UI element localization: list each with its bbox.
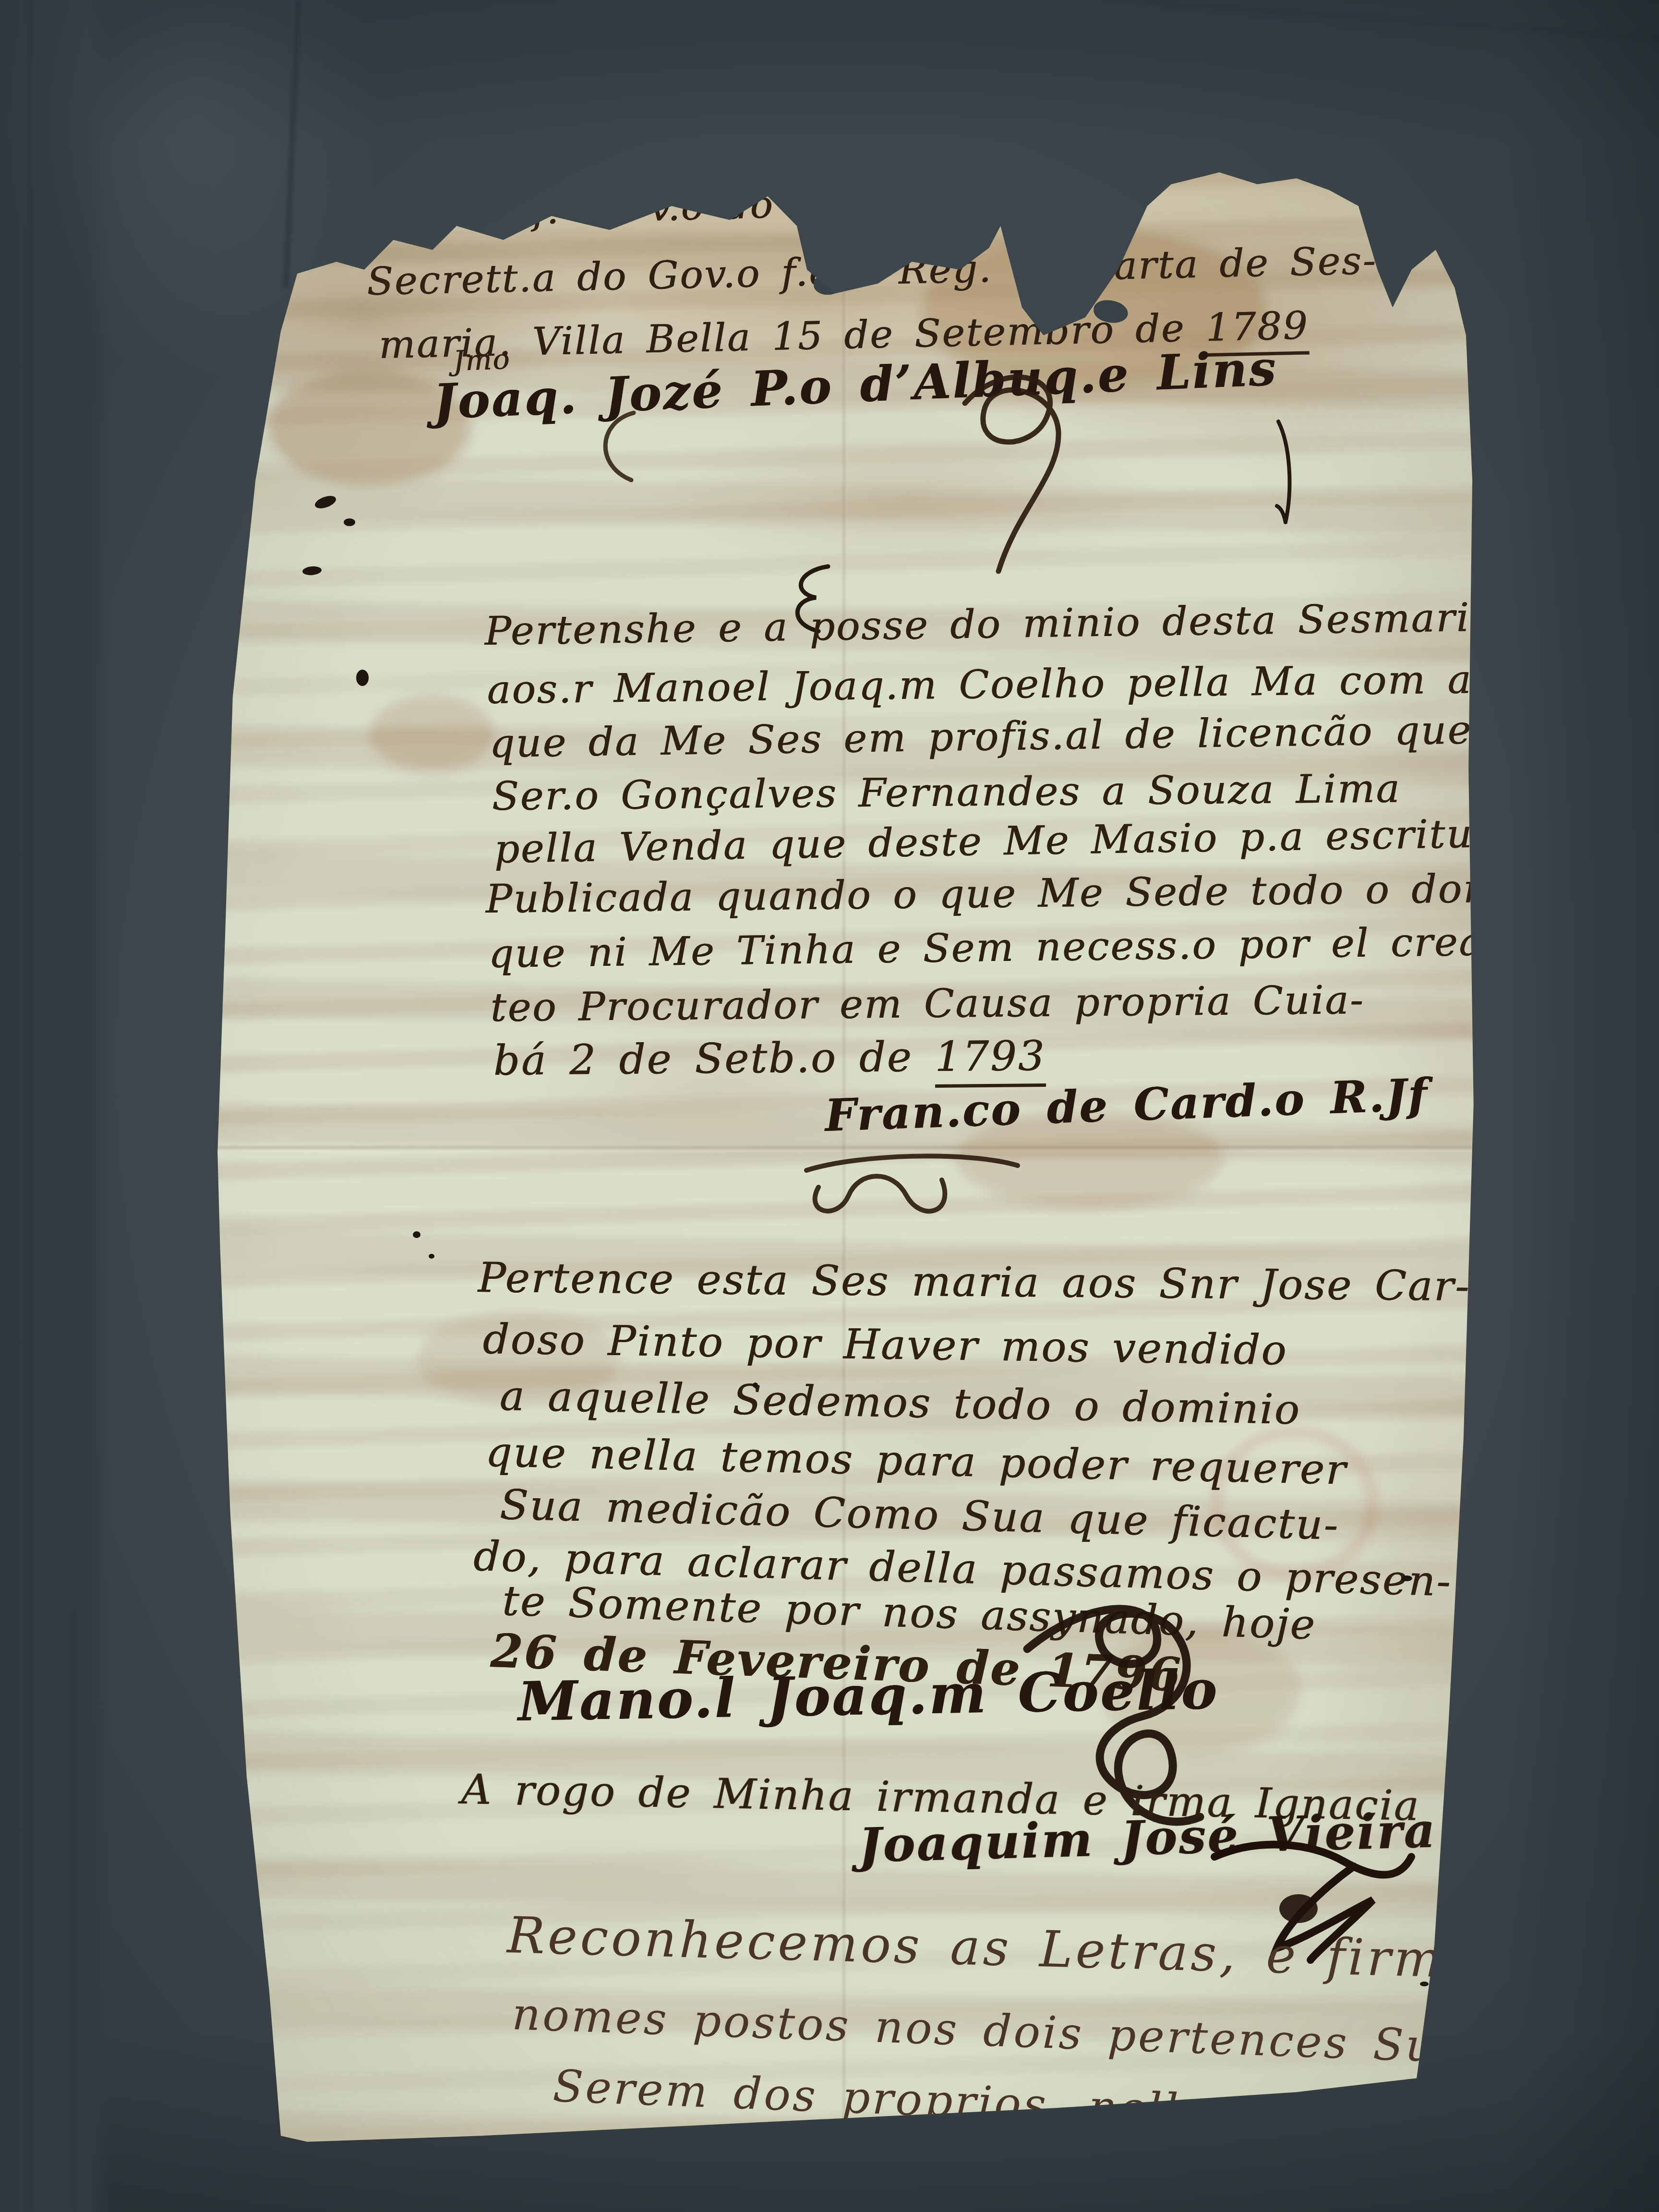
ink-speck	[356, 670, 369, 686]
pen-curl-mark	[593, 403, 641, 485]
ink-speck	[413, 1231, 421, 1238]
entry1793-line: pella Venda que deste Me Masio p.a escri…	[494, 811, 1519, 872]
backdrop-crease	[284, 0, 301, 288]
attestation-line: nomes postos nos dois pertences Supra ..	[511, 1988, 1576, 2077]
entry1793-year: 1793	[935, 1032, 1046, 1088]
entry1793-line: que da Me Ses em profis.al de licencão q…	[489, 706, 1556, 767]
backdrop-crease	[72, 1608, 75, 2212]
signature-flourish	[797, 1142, 1027, 1238]
ink-speck	[302, 565, 322, 576]
entry1793-line: Ser.o Gonçalves Fernandes a Souza Lima	[492, 766, 1401, 819]
entry1796-line: a aquelle Sedemos todo o dominio	[499, 1372, 1301, 1434]
backdrop-crease	[29, 0, 32, 2212]
entry1793-line: que ni Me Tinha e Sem necess.o por el cr…	[488, 919, 1526, 977]
entry1793-line: Pertenshe e a posse do minio desta Sesma…	[484, 595, 1495, 654]
ink-speck	[1420, 1982, 1429, 1986]
entry1793-date-line: bá 2 de Setb.o de 1793	[493, 1032, 1046, 1085]
manuscript-sheet: Regd. a f. 70 v.o do L. 3. que se … Secr…	[211, 158, 1476, 2146]
backdrop-crease	[1143, 1, 1659, 41]
entry1793-date-text: bá 2 de Setb.o de	[493, 1033, 935, 1085]
entry1793-line: aos.r Manoel Joaq.m Coelho pella Ma com …	[487, 656, 1600, 713]
ink-stroke-mark	[1271, 417, 1300, 527]
ink-speck	[313, 493, 338, 511]
entry1796-line: Pertence esta Ses maria aos Snr Jose Car…	[478, 1254, 1470, 1310]
ink-speck	[753, 1382, 758, 1388]
ink-speck	[429, 1254, 434, 1259]
entry1793-line: teo Procurador em Causa propria Cuia-	[490, 977, 1364, 1031]
signature-flourish	[936, 365, 1080, 581]
stain-blotch	[370, 696, 494, 773]
entry1793-line: Publicada quando o que Me Sede todo o do…	[485, 865, 1582, 922]
ink-speck	[344, 518, 355, 526]
ink-speck	[1402, 1575, 1412, 1581]
